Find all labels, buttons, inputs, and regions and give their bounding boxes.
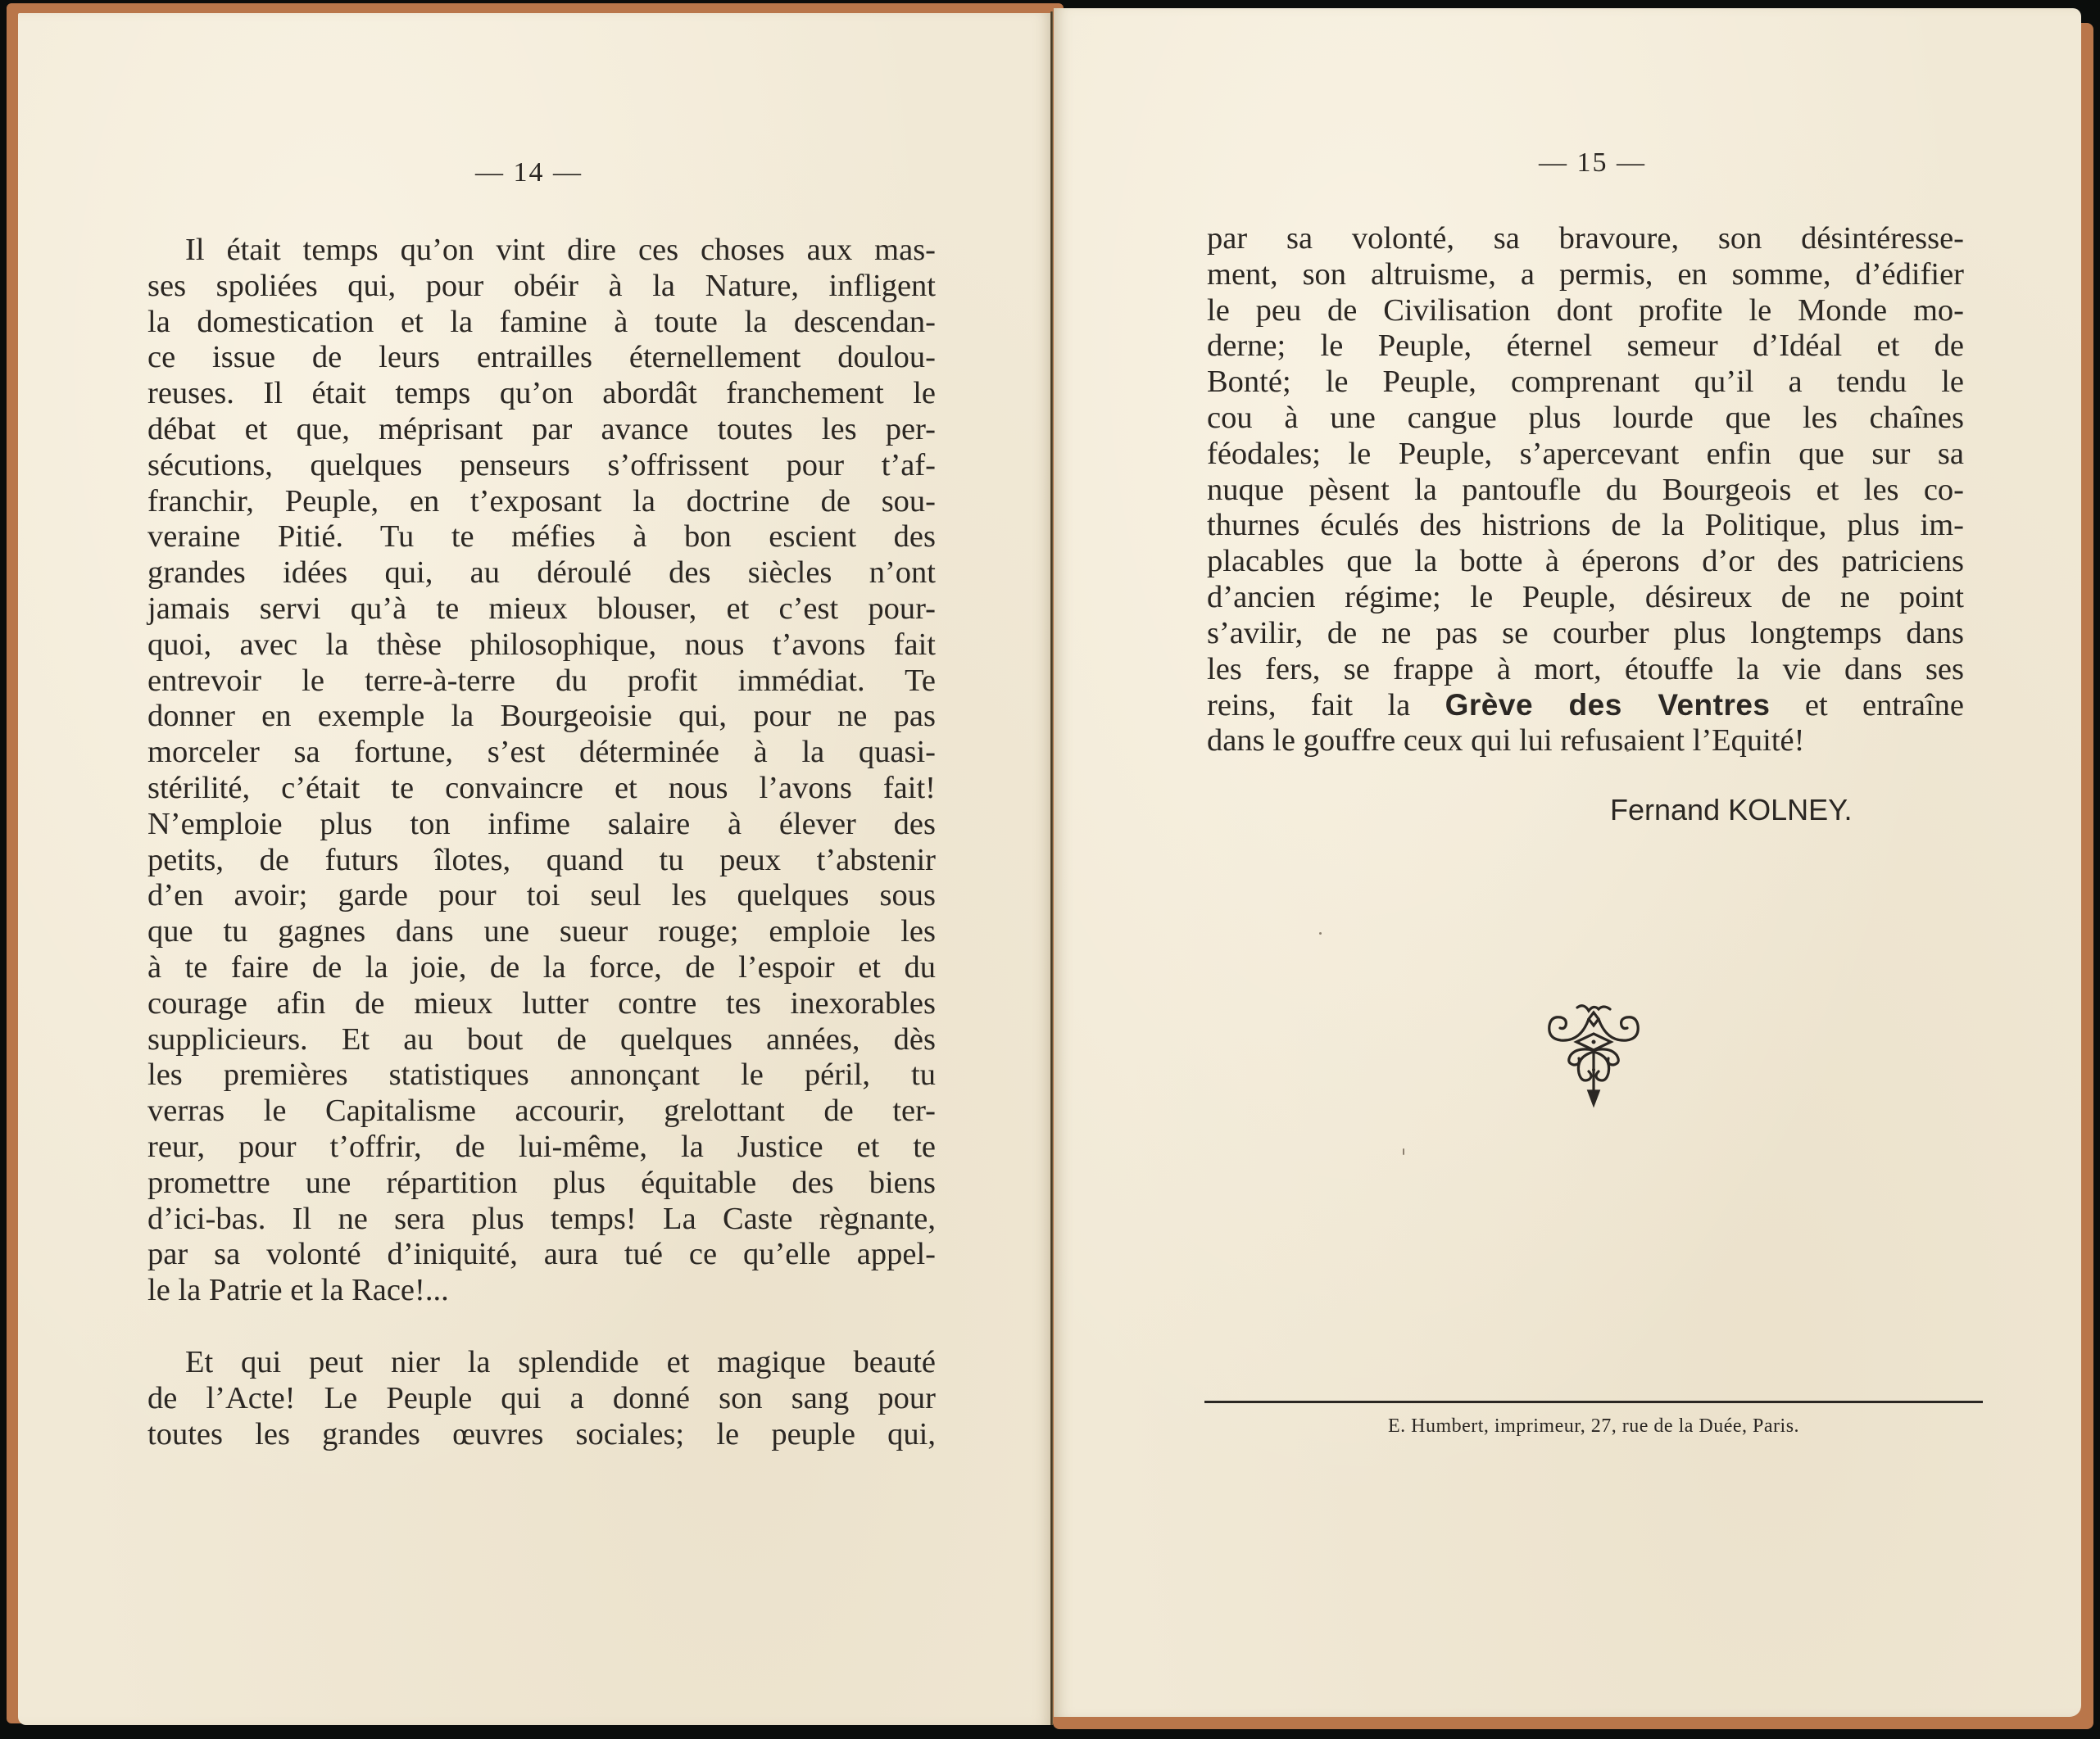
text-line: à te faire de la joie, de la force, de l… (147, 950, 936, 986)
text-line: par sa volonté d’iniquité, aura tué ce q… (147, 1237, 936, 1273)
text-line: s’avilir, de ne pas se courber plus long… (1207, 616, 1964, 652)
text-line: cou à une cangue plus lourde que les cha… (1207, 401, 1964, 437)
text-line: toutes les grandes œuvres sociales; le p… (147, 1417, 936, 1453)
text-line: veraine Pitié. Tu te méfies à bon escien… (147, 519, 936, 555)
text-line: ce issue de leurs entrailles éternelleme… (147, 340, 936, 376)
text-line: féodales; le Peuple, s’apercevant enfin … (1207, 437, 1964, 473)
text-line: grandes idées qui, au déroulé des siècle… (147, 555, 936, 591)
text-line: d’en avoir; garde pour toi seul les quel… (147, 878, 936, 914)
text-line: thurnes éculés des histrions de la Polit… (1207, 508, 1964, 544)
text-line: franchir, Peuple, en t’exposant la doctr… (147, 484, 936, 520)
text-line: par sa volonté, sa bravoure, son désinté… (1207, 221, 1964, 257)
text-fragment: et entraîne (1771, 688, 1964, 722)
text-line: jamais servi qu’à te mieux blouser, et c… (147, 591, 936, 627)
text-line: Il était temps qu’on vint dire ces chose… (147, 233, 936, 269)
text-line: les premières statistiques annonçant le … (147, 1057, 936, 1094)
fleuron-ornament-icon (1540, 1001, 1647, 1116)
text-line: les fers, se frappe à mort, étouffe la v… (1207, 652, 1964, 688)
text-fragment: reins, fait la (1207, 688, 1445, 722)
page-number-left: — 14 — (475, 157, 583, 188)
text-line-with-title: reins, fait la Grève des Ventres et entr… (1207, 687, 1964, 723)
left-page-text: Il était temps qu’on vint dire ces chose… (147, 233, 936, 1452)
text-line: reuses. Il était temps qu’on abordât fra… (147, 376, 936, 412)
book-gutter (1050, 11, 1053, 1725)
text-line: petits, de futurs îlotes, quand tu peux … (147, 843, 936, 879)
page-number-right: — 15 — (1539, 147, 1646, 179)
text-line: ment, son altruisme, a permis, en somme,… (1207, 257, 1964, 293)
paper-speck (1403, 1148, 1404, 1155)
text-line: Et qui peut nier la splendide et magique… (147, 1345, 936, 1381)
right-page-text: par sa volonté, sa bravoure, son désinté… (1207, 221, 1964, 759)
text-line: nuque pèsent la pantoufle du Bourgeois e… (1207, 473, 1964, 509)
text-line: d’ancien régime; le Peuple, désireux de … (1207, 580, 1964, 616)
text-line: le la Patrie et la Race!... (147, 1273, 936, 1309)
text-line: d’ici-bas. Il ne sera plus temps! La Cas… (147, 1202, 936, 1238)
paper-speck (1626, 749, 1629, 752)
text-line: le peu de Civilisation dont profite le M… (1207, 293, 1964, 329)
text-line: morceler sa fortune, s’est déterminée à … (147, 735, 936, 771)
text-line: verras le Capitalisme accourir, grelotta… (147, 1094, 936, 1130)
text-line: Bonté; le Peuple, comprenant qu’il a ten… (1207, 365, 1964, 401)
printer-imprint: E. Humbert, imprimeur, 27, rue de la Dué… (1204, 1415, 1983, 1438)
text-line: que tu gagnes dans une sueur rouge; empl… (147, 914, 936, 950)
text-line: débat et que, méprisant par avance toute… (147, 412, 936, 448)
work-title-greve-des-ventres: Grève des Ventres (1445, 688, 1771, 722)
text-line: la domestication et la famine à toute la… (147, 305, 936, 341)
paragraph-gap (147, 1309, 936, 1345)
paper-speck (1319, 932, 1322, 935)
text-line: de l’Acte! Le Peuple qui a donné son san… (147, 1381, 936, 1417)
text-line: reur, pour t’offrir, de lui-même, la Jus… (147, 1130, 936, 1166)
text-line: placables que la botte à éperons d’or de… (1207, 544, 1964, 580)
text-line: quoi, avec la thèse philosophique, nous … (147, 627, 936, 663)
text-line: donner en exemple la Bourgeoisie qui, po… (147, 699, 936, 735)
text-line: N’emploie plus ton infime salaire à élev… (147, 807, 936, 843)
author-signature: Fernand KOLNEY. (1610, 793, 1853, 827)
text-line: supplicieurs. Et au bout de quelques ann… (147, 1022, 936, 1058)
text-line: entrevoir le terre-à-terre du profit imm… (147, 663, 936, 700)
text-line: derne; le Peuple, éternel semeur d’Idéal… (1207, 328, 1964, 365)
text-line: courage afin de mieux lutter contre tes … (147, 986, 936, 1022)
text-line: dans le gouffre ceux qui lui refusaient … (1207, 723, 1964, 759)
text-line: stérilité, c’était te convaincre et nous… (147, 771, 936, 807)
text-line: promettre une répartition plus équitable… (147, 1166, 936, 1202)
imprint-divider (1204, 1401, 1983, 1403)
text-line: ses spoliées qui, pour obéir à la Nature… (147, 269, 936, 305)
text-line: sécutions, quelques penseurs s’offrissen… (147, 448, 936, 484)
